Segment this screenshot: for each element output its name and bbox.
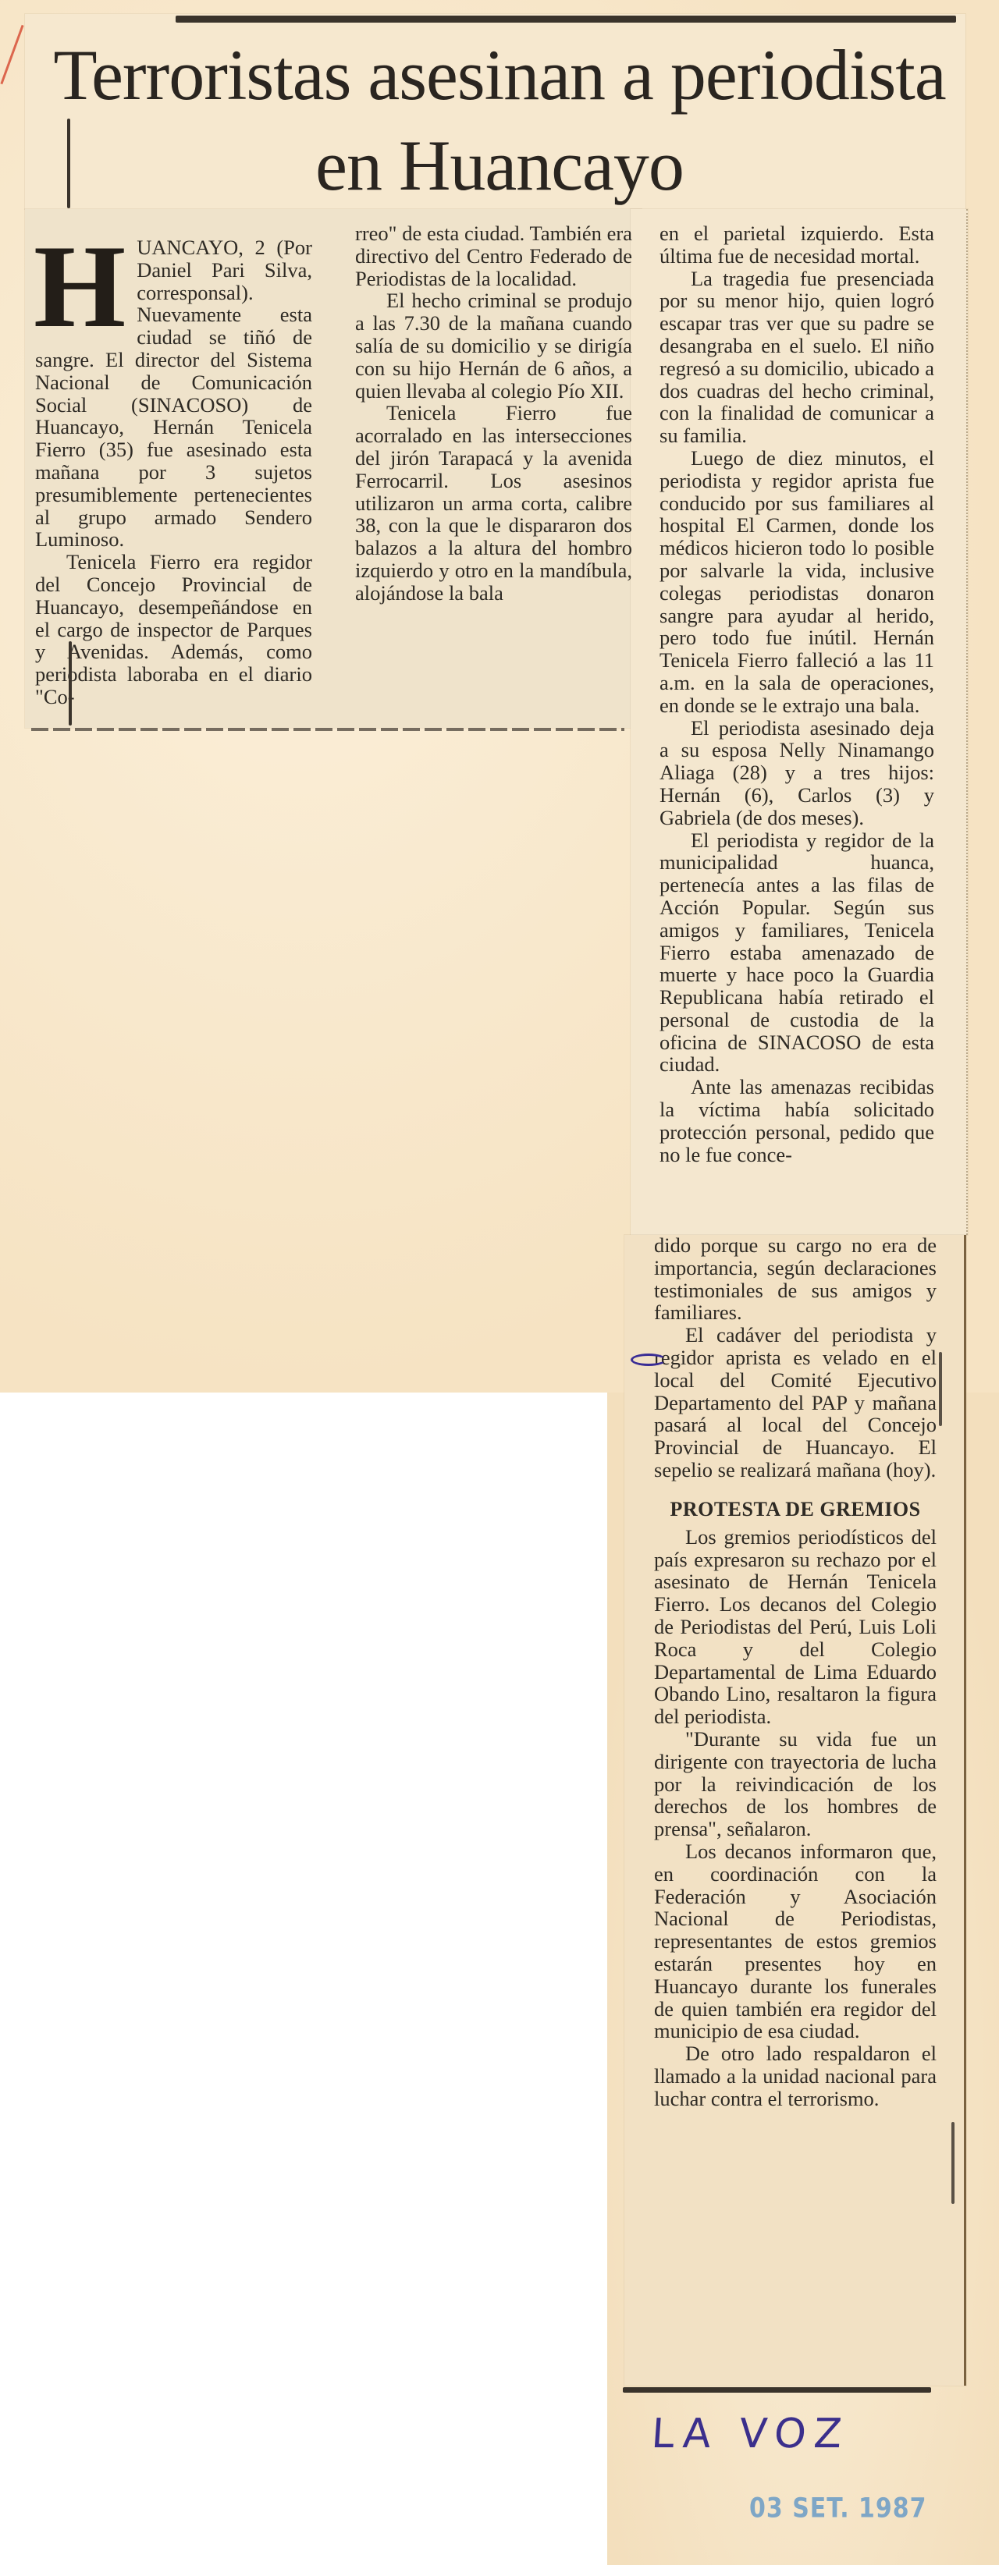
section-subhead: PROTESTA DE GREMIOS xyxy=(654,1499,937,1520)
article-paragraph: en el parietal izquierdo. Esta última fu… xyxy=(659,222,934,268)
article-paragraph: "Durante su vida fue un dirigente con tr… xyxy=(654,1728,937,1840)
article-paragraph: Ante las amenazas recibidas la víctima h… xyxy=(659,1076,934,1166)
staple-mark xyxy=(951,2122,955,2204)
column-4-paragraphs-after: Los gremios periodísticos del país expre… xyxy=(654,1526,937,2110)
staple-mark xyxy=(69,641,72,726)
column-4-paragraphs-before: dido porque su cargo no era de importanc… xyxy=(654,1234,937,1481)
article-paragraph: El periodista asesinado deja a su esposa… xyxy=(659,717,934,829)
date-stamp: 03 SET. 1987 xyxy=(749,2493,927,2524)
handwritten-source-label: LA VOZ xyxy=(650,2411,851,2457)
column-divider-rule xyxy=(31,728,624,731)
top-rule xyxy=(176,16,956,23)
article-paragraph: De otro lado respaldaron el llamado a la… xyxy=(654,2042,937,2109)
bottom-rule xyxy=(623,2387,931,2393)
article-column-3: en el parietal izquierdo. Esta última fu… xyxy=(659,222,934,1166)
article-paragraph: Los decanos informaron que, en coordinac… xyxy=(654,1840,937,2042)
column-3-paragraphs: en el parietal izquierdo. Esta última fu… xyxy=(659,222,934,1166)
article-paragraph: rreo" de esta ciudad. También era direct… xyxy=(355,222,632,289)
article-column-2: rreo" de esta ciudad. También era direct… xyxy=(355,222,632,605)
article-paragraph: El periodista y regidor de la municipali… xyxy=(659,829,934,1077)
staple-mark xyxy=(939,1352,942,1426)
article-paragraph: Tenicela Fierro era regidor del Concejo … xyxy=(35,551,312,708)
article-column-1: H UANCAYO, 2 (Por Daniel Pari Silva, cor… xyxy=(35,236,312,708)
article-paragraph: El hecho criminal se produjo a las 7.30 … xyxy=(355,289,632,402)
article-column-4: dido porque su cargo no era de importanc… xyxy=(654,1234,937,2109)
article-paragraph: Luego de diez minutos, el periodista y r… xyxy=(659,447,934,717)
article-paragraph: Los gremios periodísticos del país expre… xyxy=(654,1526,937,1728)
column-2-paragraphs: rreo" de esta ciudad. También era direct… xyxy=(355,222,632,605)
staple-mark xyxy=(67,119,70,208)
article-paragraph: La tragedia fue presenciada por su menor… xyxy=(659,268,934,447)
drop-cap: H xyxy=(34,240,126,335)
article-paragraph: Tenicela Fierro fue acorralado en las in… xyxy=(355,402,632,604)
article-paragraph: El cadáver del periodista y regidor apri… xyxy=(654,1324,937,1481)
article-paragraph: dido porque su cargo no era de importanc… xyxy=(654,1234,937,1324)
blue-pen-mark xyxy=(631,1354,667,1366)
headline: Terroristas asesinan a periodista en Hua… xyxy=(43,30,956,211)
